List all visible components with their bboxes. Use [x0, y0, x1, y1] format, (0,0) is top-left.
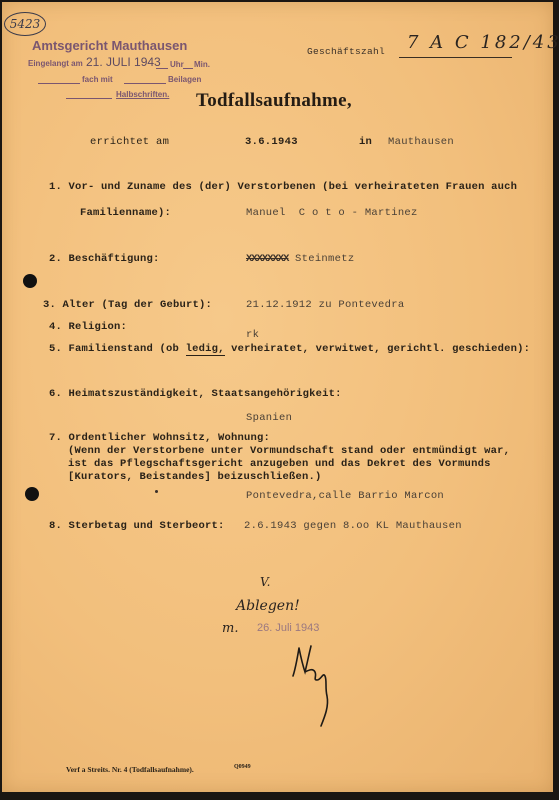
errichtet-date: 3.6.1943	[245, 136, 298, 148]
stamp-received-date: 21. JULI 1943	[86, 55, 161, 69]
field-4-number: 4.	[49, 321, 62, 333]
field-6-number: 6.	[49, 388, 62, 400]
case-number-line	[399, 57, 512, 58]
case-number-label: Geschäftszahl	[307, 46, 385, 57]
stamp-fach-label: fach mit	[82, 75, 113, 84]
field-6-text: Heimatszuständigkeit, Staatsangehörigkei…	[69, 388, 342, 400]
signature-icon	[287, 640, 337, 735]
field-5-text-pre: Familienstand (ob	[69, 343, 186, 355]
footer-form-name: Verf a Streits. Nr. 4 (Todfallsaufnahme)…	[66, 765, 194, 774]
field-7-note-2: ist das Pflegschaftsgericht anzugeben un…	[68, 458, 491, 470]
field-2-text: Beschäftigung:	[69, 253, 160, 265]
field-8-label: 8. Sterbetag und Sterbeort:	[49, 520, 225, 532]
field-1-text: Vor- und Zuname des (der) Verstorbenen (…	[69, 181, 518, 193]
field-7-note-1: (Wenn der Verstorbene unter Vormundschaf…	[68, 445, 510, 457]
stamp-uhr-label: Uhr	[170, 60, 184, 69]
errichtet-label: errichtet am	[90, 136, 169, 148]
field-7-value: Pontevedra,calle Barrio Marcon	[246, 490, 444, 502]
stamp-fach-line	[38, 83, 80, 84]
stamp-min-label: Min.	[194, 60, 210, 69]
field-3-label: 3. Alter (Tag der Geburt):	[43, 299, 212, 311]
field-2-value-row: XXXXXXXX Steinmetz	[246, 253, 354, 265]
stamp-halbschriften-label: Halbschriften.	[116, 90, 169, 99]
field-4-text: Religion:	[69, 321, 128, 333]
field-4-value: rk	[246, 329, 259, 341]
annotation-m: m.	[222, 621, 238, 636]
document-title: Todfallsaufnahme,	[196, 90, 352, 112]
field-5-label: 5. Familienstand (ob ledig, verheiratet,…	[49, 343, 530, 355]
field-1-label-cont: Familienname):	[80, 207, 171, 219]
document-page: 5423 Amtsgericht Mauthausen Eingelangt a…	[2, 2, 553, 792]
court-stamp-name: Amtsgericht Mauthausen	[32, 38, 187, 53]
field-6-label: 6. Heimatszuständigkeit, Staatsangehörig…	[49, 388, 342, 400]
field-3-value: 21.12.1912 zu Pontevedra	[246, 299, 404, 311]
field-7-note-3: [Kurators, Beistandes] beizuschließen.)	[68, 471, 322, 483]
field-5-number: 5.	[49, 343, 62, 355]
file-number-circle: 5423	[4, 12, 46, 36]
annotation-v: V.	[260, 575, 270, 589]
annotation-date-stamp: 26. Juli 1943	[257, 622, 319, 634]
field-5-selected-ledig: ledig,	[186, 343, 225, 356]
place-value: Mauthausen	[388, 136, 454, 148]
stamp-uhr-line	[156, 68, 168, 69]
field-1-value: Manuel C o t o - Martinez	[246, 207, 418, 219]
field-3-number: 3.	[43, 299, 56, 311]
stamp-halbschriften-line	[66, 98, 112, 99]
stamp-received-label: Eingelangt am	[28, 59, 83, 68]
field-1-number: 1.	[49, 181, 62, 193]
punch-hole-top	[23, 274, 37, 288]
field-8-text: Sterbetag und Sterbeort:	[69, 520, 225, 532]
field-8-value: 2.6.1943 gegen 8.oo KL Mauthausen	[244, 520, 462, 532]
footer-form-code: Q0949	[234, 764, 251, 770]
stamp-beilagen-label: Beilagen	[168, 75, 201, 84]
field-2-value: Steinmetz	[295, 253, 354, 265]
field-5-text-post: verheiratet, verwitwet, gerichtl. geschi…	[225, 343, 531, 355]
field-2-label: 2. Beschäftigung:	[49, 253, 160, 265]
stray-dot	[155, 490, 158, 493]
field-7-text: Ordentlicher Wohnsitz, Wohnung:	[69, 432, 271, 444]
field-3-text: Alter (Tag der Geburt):	[63, 299, 213, 311]
field-1-label: 1. Vor- und Zuname des (der) Verstorbene…	[49, 181, 517, 193]
stamp-beilagen-line	[124, 83, 166, 84]
field-7-label: 7. Ordentlicher Wohnsitz, Wohnung:	[49, 432, 270, 444]
in-label: in	[359, 136, 372, 148]
field-6-value: Spanien	[246, 412, 292, 424]
case-number-value: 7 A C 182/43	[407, 32, 559, 53]
stamp-min-line	[183, 68, 193, 69]
annotation-ablegen: Ablegen!	[236, 598, 300, 614]
field-7-number: 7.	[49, 432, 62, 444]
field-8-number: 8.	[49, 520, 62, 532]
punch-hole-bottom	[25, 487, 39, 501]
field-2-struck-value: XXXXXXXX	[246, 253, 288, 265]
field-2-number: 2.	[49, 253, 62, 265]
field-4-label: 4. Religion:	[49, 321, 127, 333]
